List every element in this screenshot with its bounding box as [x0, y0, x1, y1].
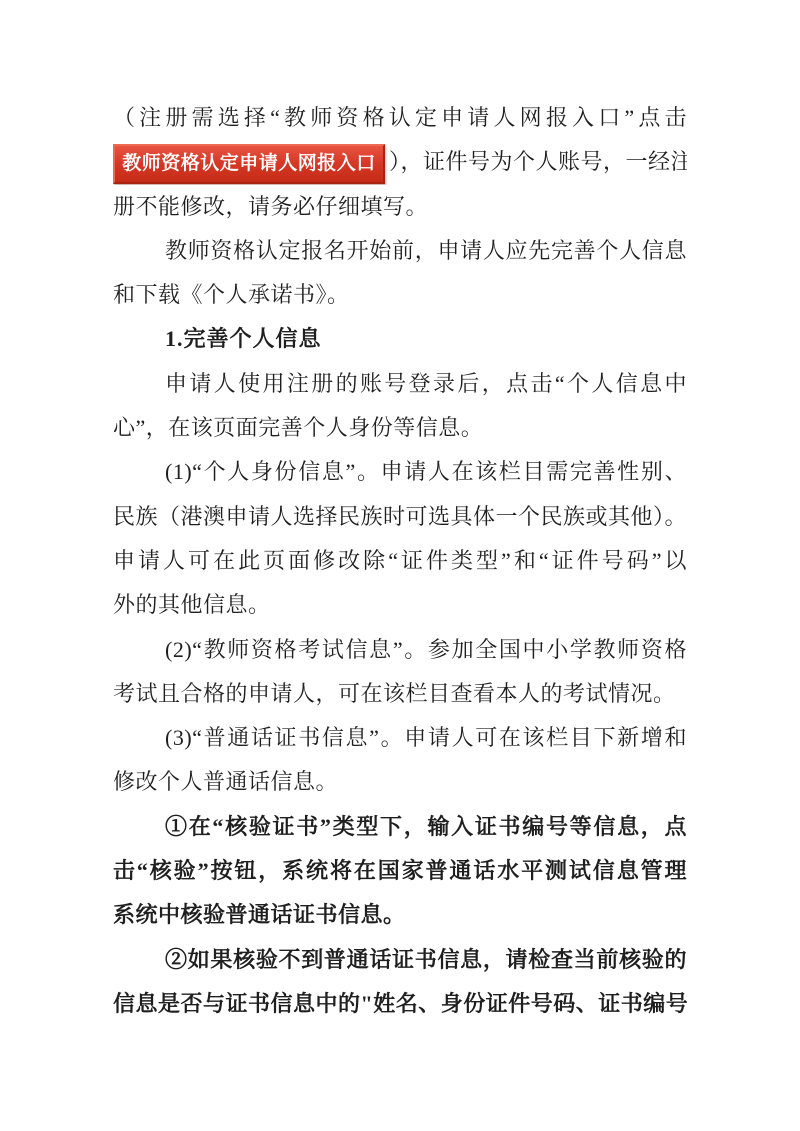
doc-line: （注册需选择“教师资格认定申请人网报入口”点击	[113, 96, 687, 140]
doc-line-text: ），证件号为个人账号，一经注	[389, 149, 687, 174]
doc-line: 申请人可在此页面修改除“证件类型”和“证件号码”以	[113, 539, 687, 583]
doc-line: 册不能修改，请务必仔细填写。	[113, 185, 687, 229]
doc-line: 和下载《个人承诺书》。	[113, 273, 687, 317]
doc-line-item-2: (2)“教师资格考试信息”。参加全国中小学教师资格	[113, 628, 687, 672]
doc-line: 考试且合格的申请人，可在该栏目查看本人的考试情况。	[113, 672, 687, 716]
doc-line-note-2: ②如果核验不到普通话证书信息，请检查当前核验的	[113, 938, 687, 982]
doc-line: 击“核验”按钮，系统将在国家普通话水平测试信息管理	[113, 849, 687, 893]
doc-line: 系统中核验普通话证书信息。	[113, 893, 687, 937]
doc-line-note-1: ①在“核验证书”类型下，输入证书编号等信息，点	[113, 805, 687, 849]
doc-line: 心”，在该页面完善个人身份等信息。	[113, 406, 687, 450]
doc-line-with-button: 教师资格认定申请人网报入口），证件号为个人账号，一经注	[113, 140, 687, 184]
teacher-certification-portal-button[interactable]: 教师资格认定申请人网报入口	[113, 144, 385, 184]
doc-line-item-1: (1)“个人身份信息”。申请人在该栏目需完善性别、	[113, 450, 687, 494]
doc-line: 信息是否与证书信息中的"姓名、身份证件号码、证书编号	[113, 982, 687, 1026]
document-content: （注册需选择“教师资格认定申请人网报入口”点击 教师资格认定申请人网报入口），证…	[113, 96, 687, 1026]
doc-line: 修改个人普通话信息。	[113, 760, 687, 804]
section-heading-complete-personal-info: 1.完善个人信息	[113, 317, 687, 361]
doc-line: 教师资格认定报名开始前，申请人应先完善个人信息	[113, 229, 687, 273]
document-page: （注册需选择“教师资格认定申请人网报入口”点击 教师资格认定申请人网报入口），证…	[0, 0, 800, 1131]
doc-line-item-3: (3)“普通话证书信息”。申请人可在该栏目下新增和	[113, 716, 687, 760]
doc-line: 外的其他信息。	[113, 583, 687, 627]
doc-line: 民族（港澳申请人选择民族时可选具体一个民族或其他）。	[113, 495, 687, 539]
doc-line: 申请人使用注册的账号登录后，点击“个人信息中	[113, 362, 687, 406]
